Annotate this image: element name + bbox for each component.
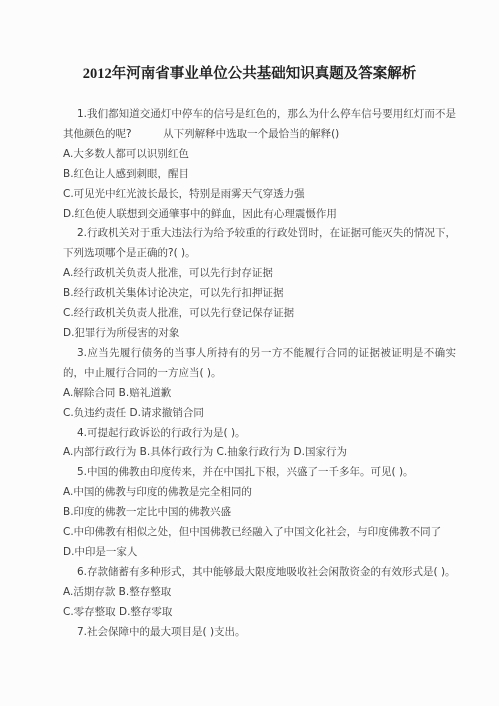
question-5-option-line-2: B.印度的佛教一定比中国的佛教兴盛: [63, 503, 456, 523]
document-page: 2012年河南省事业单位公共基础知识真题及答案解析 1.我们都知道交通灯中停车的…: [0, 0, 499, 706]
question-2-option-line-2: B.经行政机关集体讨论决定，可以先行扣押证据: [63, 284, 456, 304]
question-1-option-line-1: A.大多数人都可以识别红色: [63, 145, 456, 165]
question-1-option-line-2: B.红色让人感到刺眼，醒目: [63, 165, 456, 185]
question-7-text: 7.社会保障中的最大项目是( )支出。: [63, 623, 456, 643]
question-4-option-line-1: A.内部行政行为 B.具体行政行为 C.抽象行政行为 D.国家行为: [63, 443, 456, 463]
question-6-option-line-2: C.零存整取 D.整存零取: [63, 603, 456, 623]
question-4-text: 4.可提起行政诉讼的行政行为是( )。: [63, 424, 456, 444]
question-1-option-line-4: D.红色使人联想到交通肇事中的鲜血，因此有心理震慑作用: [63, 205, 456, 225]
question-1-option-line-3: C.可见光中红光波长最长，特别是雨雾天气穿透力强: [63, 185, 456, 205]
question-5-option-line-4: D.中印是一家人: [63, 543, 456, 563]
question-3-option-line-2: C.负违约责任 D.请求撤销合同: [63, 404, 456, 424]
question-6-text: 6.存款储蓄有多种形式，其中能够最大限度地吸收社会闲散资金的有效形式是( )。: [63, 563, 456, 583]
question-3-option-line-1: A.解除合同 B.赔礼道歉: [63, 384, 456, 404]
question-5-text: 5.中国的佛教由印度传来，并在中国扎下根，兴盛了一千多年。可见( )。: [63, 463, 456, 483]
question-2-text: 2.行政机关对于重大违法行为给予较重的行政处罚时，在证据可能灭失的情况下，下列选…: [63, 224, 456, 264]
question-list: 1.我们都知道交通灯中停车的信号是红色的，那么为什么停车信号要用红灯而不是其他颜…: [0, 105, 499, 642]
document-title: 2012年河南省事业单位公共基础知识真题及答案解析: [0, 0, 499, 85]
question-3-text: 3.应当先履行债务的当事人所持有的另一方不能履行合同的证据被证明是不确实的，中止…: [63, 344, 456, 384]
question-6-option-line-1: A.活期存款 B.整存整取: [63, 583, 456, 603]
question-5-option-line-3: C.中印佛教有相似之处，但中国佛教已经融入了中国文化社会，与印度佛教不同了: [63, 523, 456, 543]
question-1-text: 1.我们都知道交通灯中停车的信号是红色的，那么为什么停车信号要用红灯而不是其他颜…: [63, 105, 456, 145]
question-2-option-line-3: C.经行政机关负责人批准，可以先行登记保存证据: [63, 304, 456, 324]
question-5-option-line-1: A.中国的佛教与印度的佛教是完全相同的: [63, 483, 456, 503]
question-2-option-line-4: D.犯罪行为所侵害的对象: [63, 324, 456, 344]
question-2-option-line-1: A.经行政机关负责人批准，可以先行封存证据: [63, 264, 456, 284]
